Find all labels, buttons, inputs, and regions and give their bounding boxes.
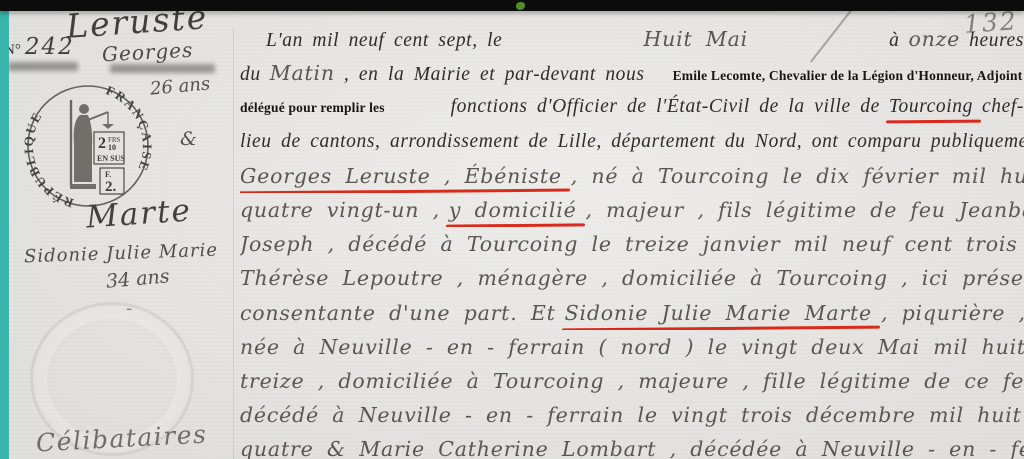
text-segment: à xyxy=(889,24,899,56)
text-segment: Emile Lecomte, Chevalier de la Légion d'… xyxy=(673,59,1024,90)
text-segment: décédé à Neuville - en - ferrain le ving… xyxy=(240,398,1024,432)
underlined-text-segment: y domicilié xyxy=(449,193,577,227)
text-line: quatre vingt-un ,y domicilié, majeur , f… xyxy=(240,193,1024,227)
text-line: née à Neuville - en - ferrain ( nord ) l… xyxy=(240,330,1024,364)
text-segment: onze xyxy=(908,22,960,56)
margin-act-number: N° 242 xyxy=(4,34,75,60)
text-line: duMatin, en la Mairie et par-devant nous… xyxy=(240,56,1024,90)
margin-bride-surname: Marte xyxy=(85,192,193,235)
margin-groom-firstname: Georges xyxy=(101,38,193,67)
document-body: L'an mil neuf cent sept, leHuit Maiàonze… xyxy=(240,14,1024,459)
text-segment: fonctions d'Officier de l'État-Civil de … xyxy=(451,90,880,124)
underlined-text-segment: Tourcoing xyxy=(889,90,973,124)
stamp-fee-box: 2 FRS 10 EN SUS F. 2. xyxy=(94,132,125,195)
text-segment: chef- xyxy=(982,90,1024,124)
margin-bride-firstnames: Sidonie Julie Marie xyxy=(24,240,219,268)
text-line: Georges Leruste , Ébéniste, né à Tourcoi… xyxy=(240,159,1024,193)
text-line: Thérèse Lepoutre , ménagère , domiciliée… xyxy=(240,261,1024,295)
text-line: Joseph , décédé à Tourcoing le treize ja… xyxy=(240,227,1024,261)
text-segment: délégué pour remplir les xyxy=(240,91,385,124)
text-segment: , né à Tourcoing le dix février mil huit… xyxy=(571,159,1024,193)
text-segment: lieu de cantons, arrondissement de Lille… xyxy=(240,125,1024,159)
text-segment: du xyxy=(240,58,261,90)
scanned-civil-record: 132 Leruste N° 242 Georges 26 ans RÉPUBL… xyxy=(0,0,1024,459)
text-segment: Joseph , décédé à Tourcoing le treize ja… xyxy=(240,227,1024,261)
underlined-text-segment: Sidonie Julie Marie Marte xyxy=(565,296,872,330)
fee-value-big: 2 xyxy=(98,135,106,152)
margin-groom-age: 26 ans xyxy=(149,73,211,99)
text-segment: Huit Mai xyxy=(643,22,748,56)
margin-ampersand: & xyxy=(180,128,197,150)
text-segment: Matin xyxy=(270,56,335,90)
text-line: délégué pour remplir lesfonctions d'Offi… xyxy=(240,90,1024,124)
text-line: L'an mil neuf cent sept, leHuit Maiàonze… xyxy=(240,22,1024,56)
text-segment: L'an mil neuf cent sept, le xyxy=(266,24,502,56)
underlined-text-segment: Georges Leruste , Ébéniste xyxy=(240,159,562,193)
svg-text:RÉPUBLIQUE: RÉPUBLIQUE xyxy=(24,108,75,210)
text-segment: née à Neuville - en - ferrain ( nord ) l… xyxy=(240,330,1024,364)
ink-bleed-smudge xyxy=(110,64,215,73)
text-segment: , piqurière , xyxy=(881,296,1024,330)
text-segment: , majeur , fils légitime de feu Jeanbapt… xyxy=(586,193,1024,227)
text-line: consentante d'une part. EtSidonie Julie … xyxy=(240,296,1024,330)
scan-top-bar xyxy=(0,0,1024,11)
text-segment: Thérèse Lepoutre , ménagère , domiciliée… xyxy=(240,261,1024,295)
text-segment: quatre vingt-un , xyxy=(240,193,440,227)
text-segment: heures xyxy=(969,24,1024,56)
fiscal-stamp: RÉPUBLIQUE FRANÇAISE 2 FRS 10 EN SUS F. … xyxy=(24,82,152,210)
stamp-arc-left-text: RÉPUBLIQUE xyxy=(24,108,75,210)
text-line: treize , domiciliée à Tourcoing , majeur… xyxy=(240,364,1024,398)
act-number-value: 242 xyxy=(25,34,75,60)
fee-ensus: EN SUS xyxy=(97,154,125,163)
text-line: décédé à Neuville - en - ferrain le ving… xyxy=(240,398,1024,432)
fee-ten: 10 xyxy=(108,143,116,152)
teal-edge-stripe xyxy=(0,11,9,459)
ink-bleed-smudge xyxy=(8,62,78,71)
text-segment: quatre & Marie Catherine Lombart , décéd… xyxy=(240,432,1024,459)
text-segment: , en la Mairie et par-devant nous xyxy=(344,58,645,90)
fee-f: F. xyxy=(105,170,111,179)
margin-separator-line xyxy=(233,28,234,459)
text-segment: consentante d'une part. Et xyxy=(240,296,556,330)
fee-two: 2. xyxy=(105,179,117,195)
text-line: lieu de cantons, arrondissement de Lille… xyxy=(240,125,1024,159)
text-segment: treize , domiciliée à Tourcoing , majeur… xyxy=(240,364,1024,398)
margin-bride-age: 34 ans xyxy=(105,265,170,292)
text-line: quatre & Marie Catherine Lombart , décéd… xyxy=(240,432,1024,459)
